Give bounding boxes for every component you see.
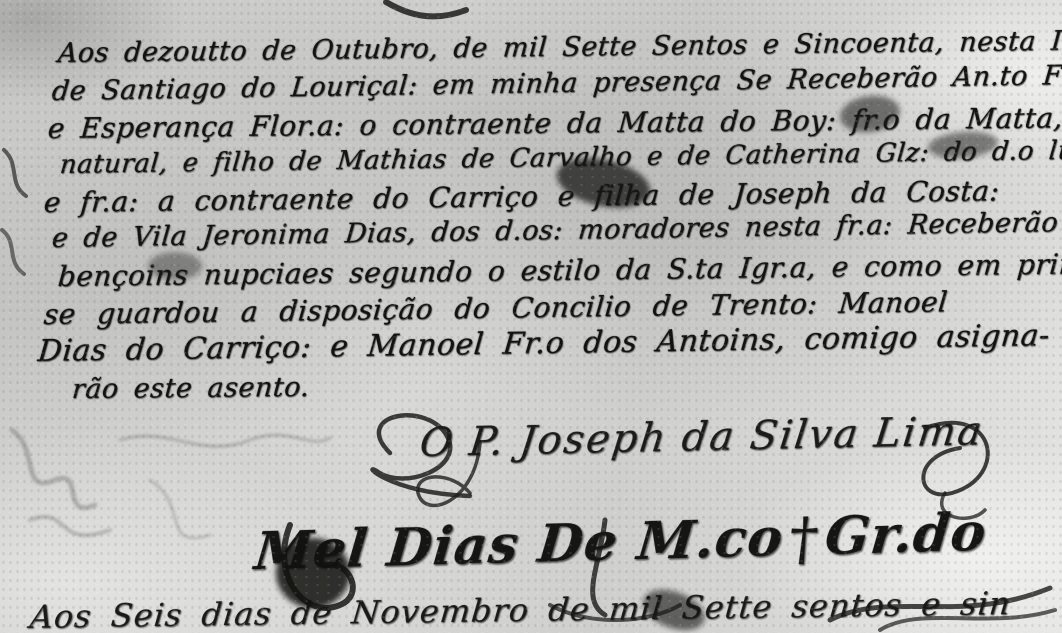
manuscript-line: rão este asento. [71,372,311,405]
manuscript-scan: Aos dezoutto de Outubro, de mil Sette Se… [0,0,1062,633]
witness-signature-left: Mel Dias De M.co [252,507,786,582]
witness-signature-right: Gr.do [822,502,989,567]
cross-mark: † [780,504,829,573]
